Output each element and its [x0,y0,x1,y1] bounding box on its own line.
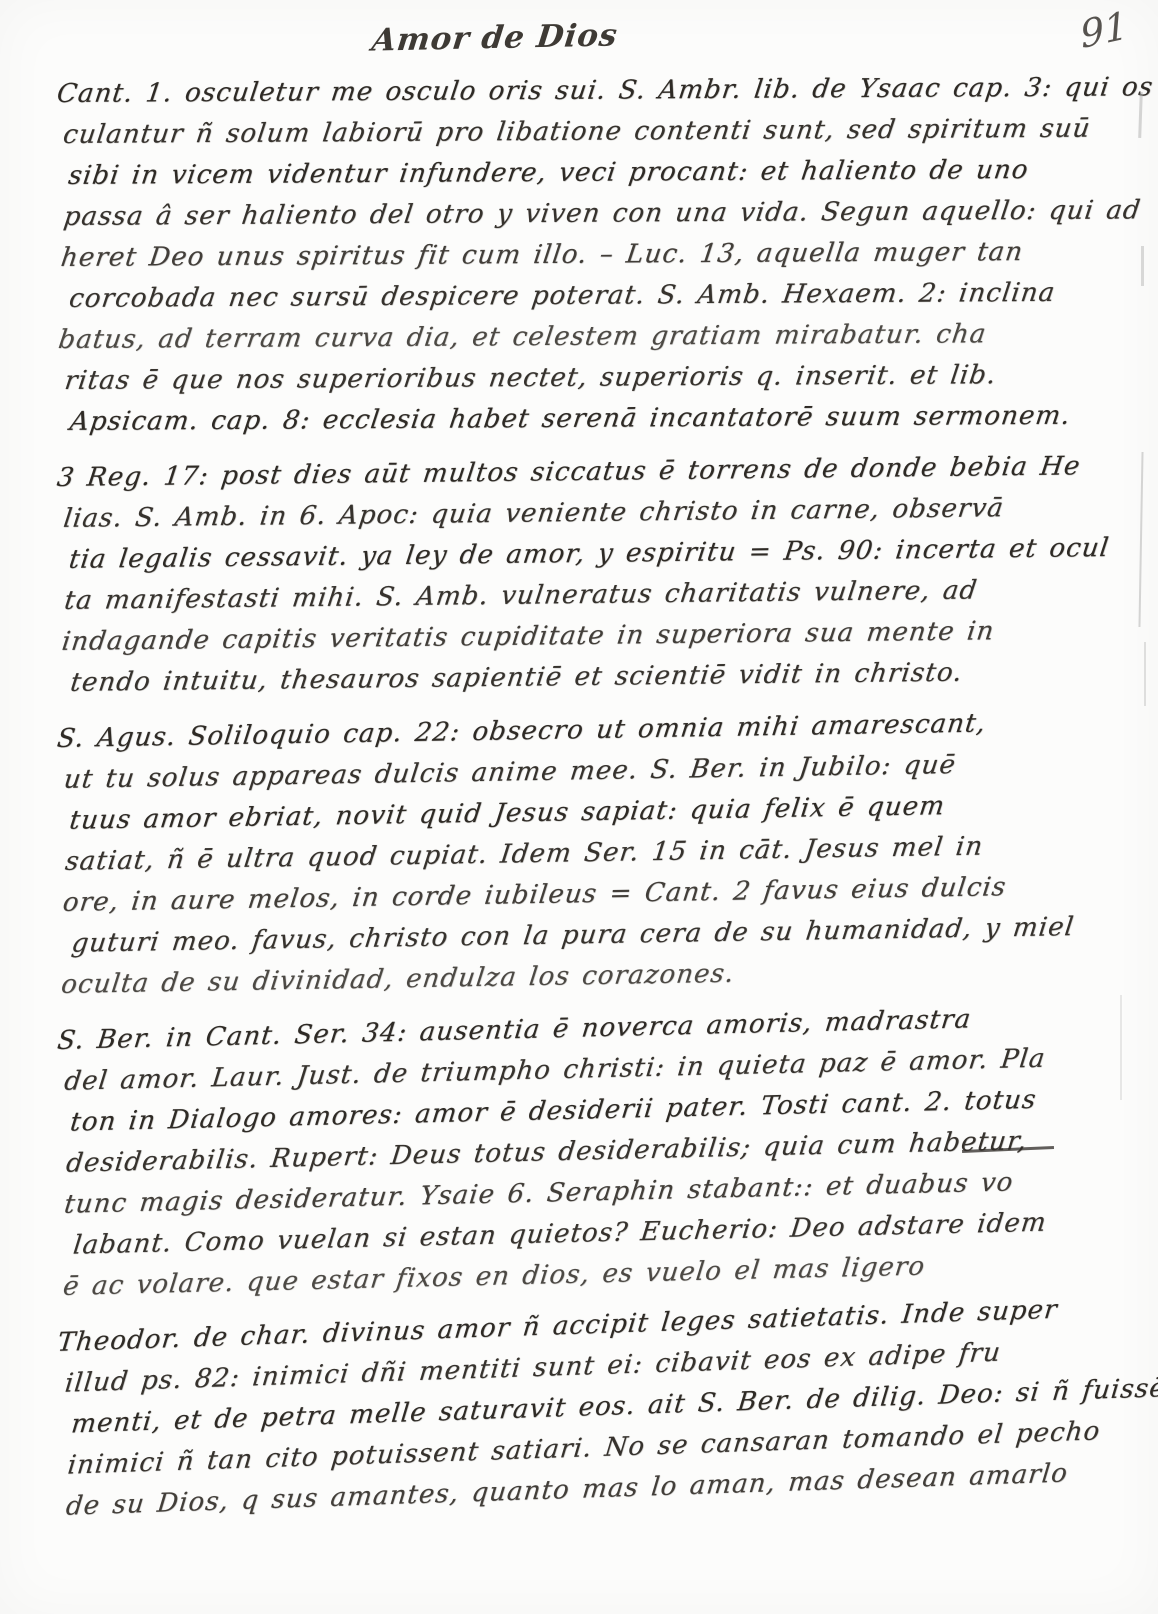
scan-artifact [1141,246,1144,286]
scan-artifact [1144,642,1146,706]
paragraph-2: 3 Reg. 17: post dies aūt multos siccatus… [54,446,1129,704]
paragraph-3: S. Agus. Soliloquio cap. 22: obsecro ut … [54,701,1131,1006]
text-line: passa â ser haliento del otro y viven co… [61,190,1132,238]
paragraph-1: Cant. 1. osculetur me osculo oris sui. S… [54,67,1128,443]
scan-artifact [1138,452,1143,627]
text-line: sibi in vicem videntur infundere, veci p… [66,149,1132,197]
text-line: culantur ñ solum labiorū pro libatione c… [61,108,1132,156]
scan-artifact [1120,995,1122,1100]
paragraph-5: Theodor. de char. divinus amor ñ accipit… [54,1287,1132,1527]
text-line: Cant. 1. osculetur me osculo oris sui. S… [54,67,1131,115]
manuscript-body: Cant. 1. osculetur me osculo oris sui. S… [54,74,1126,1543]
text-line: batus, ad terram curva dia, et celestem … [56,313,1133,361]
text-line: ritas ē que nos superioribus nectet, sup… [62,354,1133,402]
text-line: Apsicam. cap. 8: ecclesia habet serenā i… [67,395,1133,443]
page-number: 91 [1078,3,1130,57]
text-line: heret Deo unus spiritus fit cum illo. – … [58,231,1132,279]
manuscript-page: 91 Amor de Dios Cant. 1. osculetur me os… [0,0,1158,1614]
text-line: corcobada nec sursū despicere poterat. S… [67,272,1133,320]
page-title: Amor de Dios [370,17,620,58]
scan-artifact [1138,92,1143,138]
